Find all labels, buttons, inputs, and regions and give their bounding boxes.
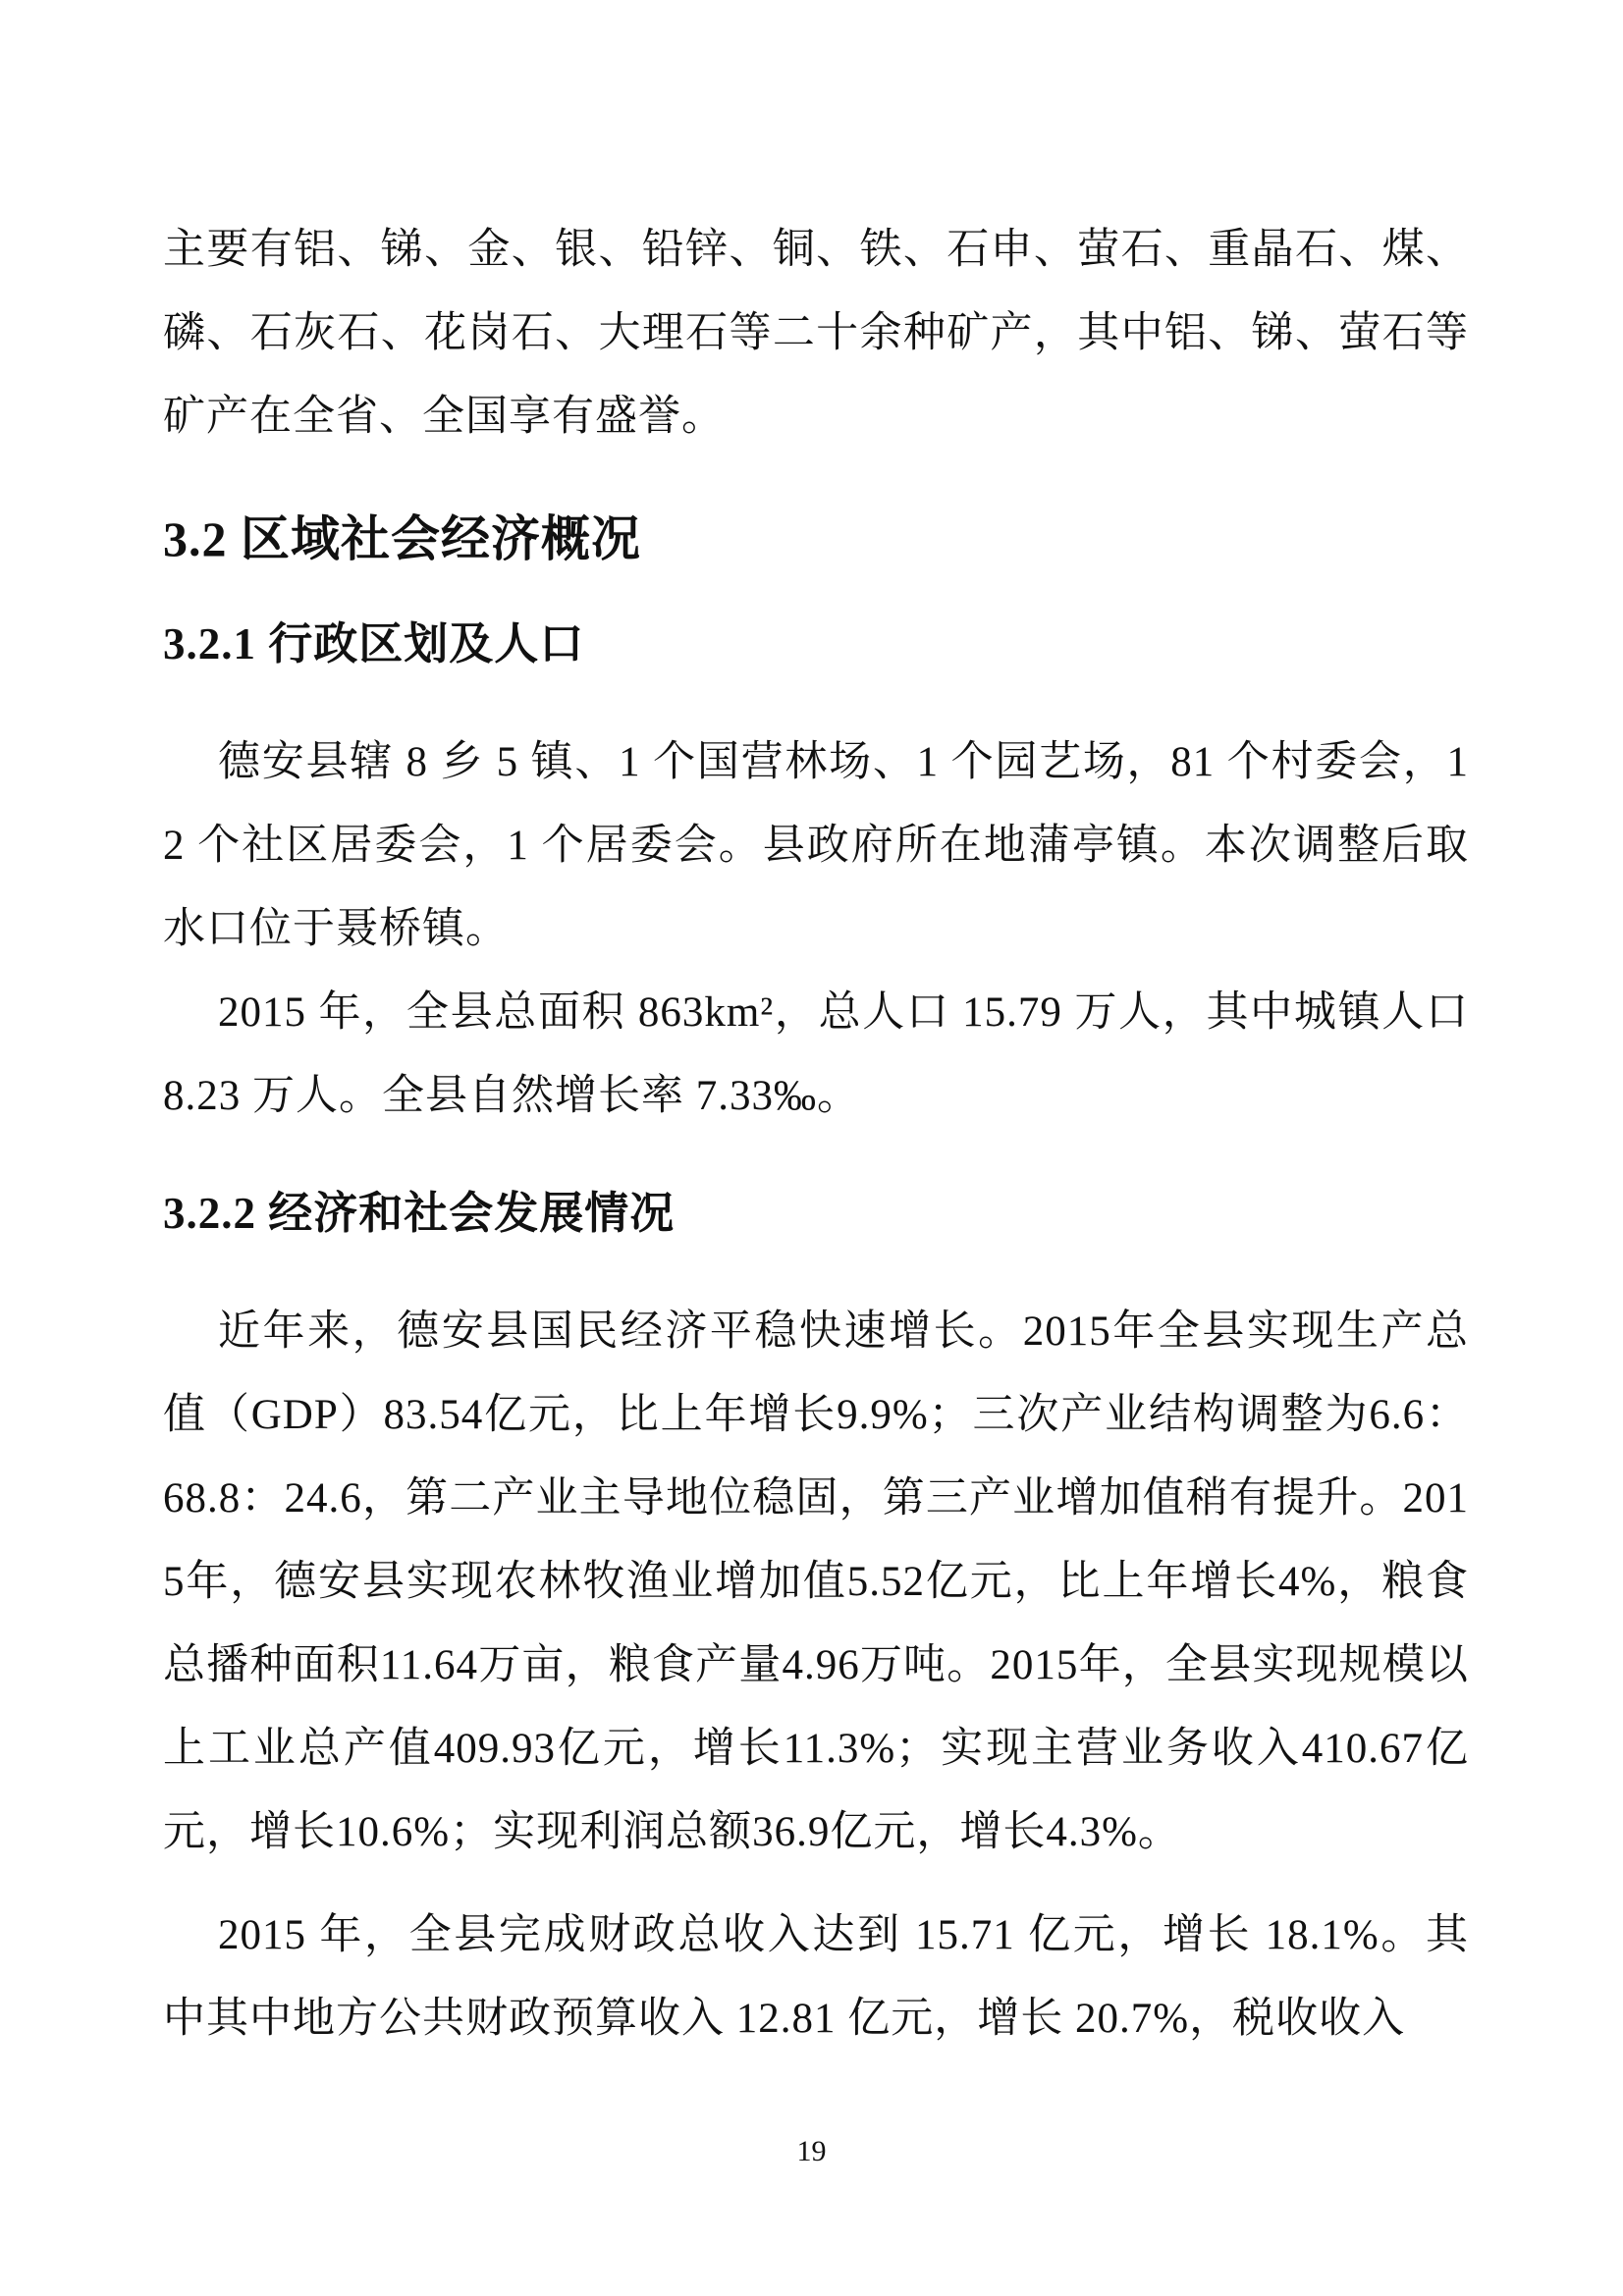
paragraph-fiscal: 2015 年，全县完成财政总收入达到 15.71 亿元，增长 18.1%。其中其… <box>163 1894 1469 2060</box>
paragraph-economy: 近年来，德安县国民经济平稳快速增长。2015年全县实现生产总值（GDP）83.5… <box>163 1290 1469 1874</box>
document-page: 主要有铝、锑、金、银、铅锌、铜、铁、石申、萤石、重晶石、煤、磷、石灰石、花岗石、… <box>0 0 1623 2296</box>
section-heading-3-2: 3.2 区域社会经济概况 <box>163 509 1469 568</box>
page-number: 19 <box>0 2132 1623 2171</box>
paragraph-admin-divisions: 德安县辖 8 乡 5 镇、1 个国营林场、1 个园艺场，81 个村委会，12 个… <box>163 721 1469 971</box>
paragraph-minerals: 主要有铝、锑、金、银、铅锌、铜、铁、石申、萤石、重晶石、煤、磷、石灰石、花岗石、… <box>163 208 1469 458</box>
page-body: 主要有铝、锑、金、银、铅锌、铜、铁、石申、萤石、重晶石、煤、磷、石灰石、花岗石、… <box>163 208 1469 2060</box>
sub-heading-3-2-2: 3.2.2 经济和社会发展情况 <box>163 1187 1469 1241</box>
sub-heading-3-2-1: 3.2.1 行政区划及人口 <box>163 617 1469 671</box>
paragraph-population: 2015 年，全县总面积 863km²，总人口 15.79 万人，其中城镇人口 … <box>163 971 1469 1138</box>
